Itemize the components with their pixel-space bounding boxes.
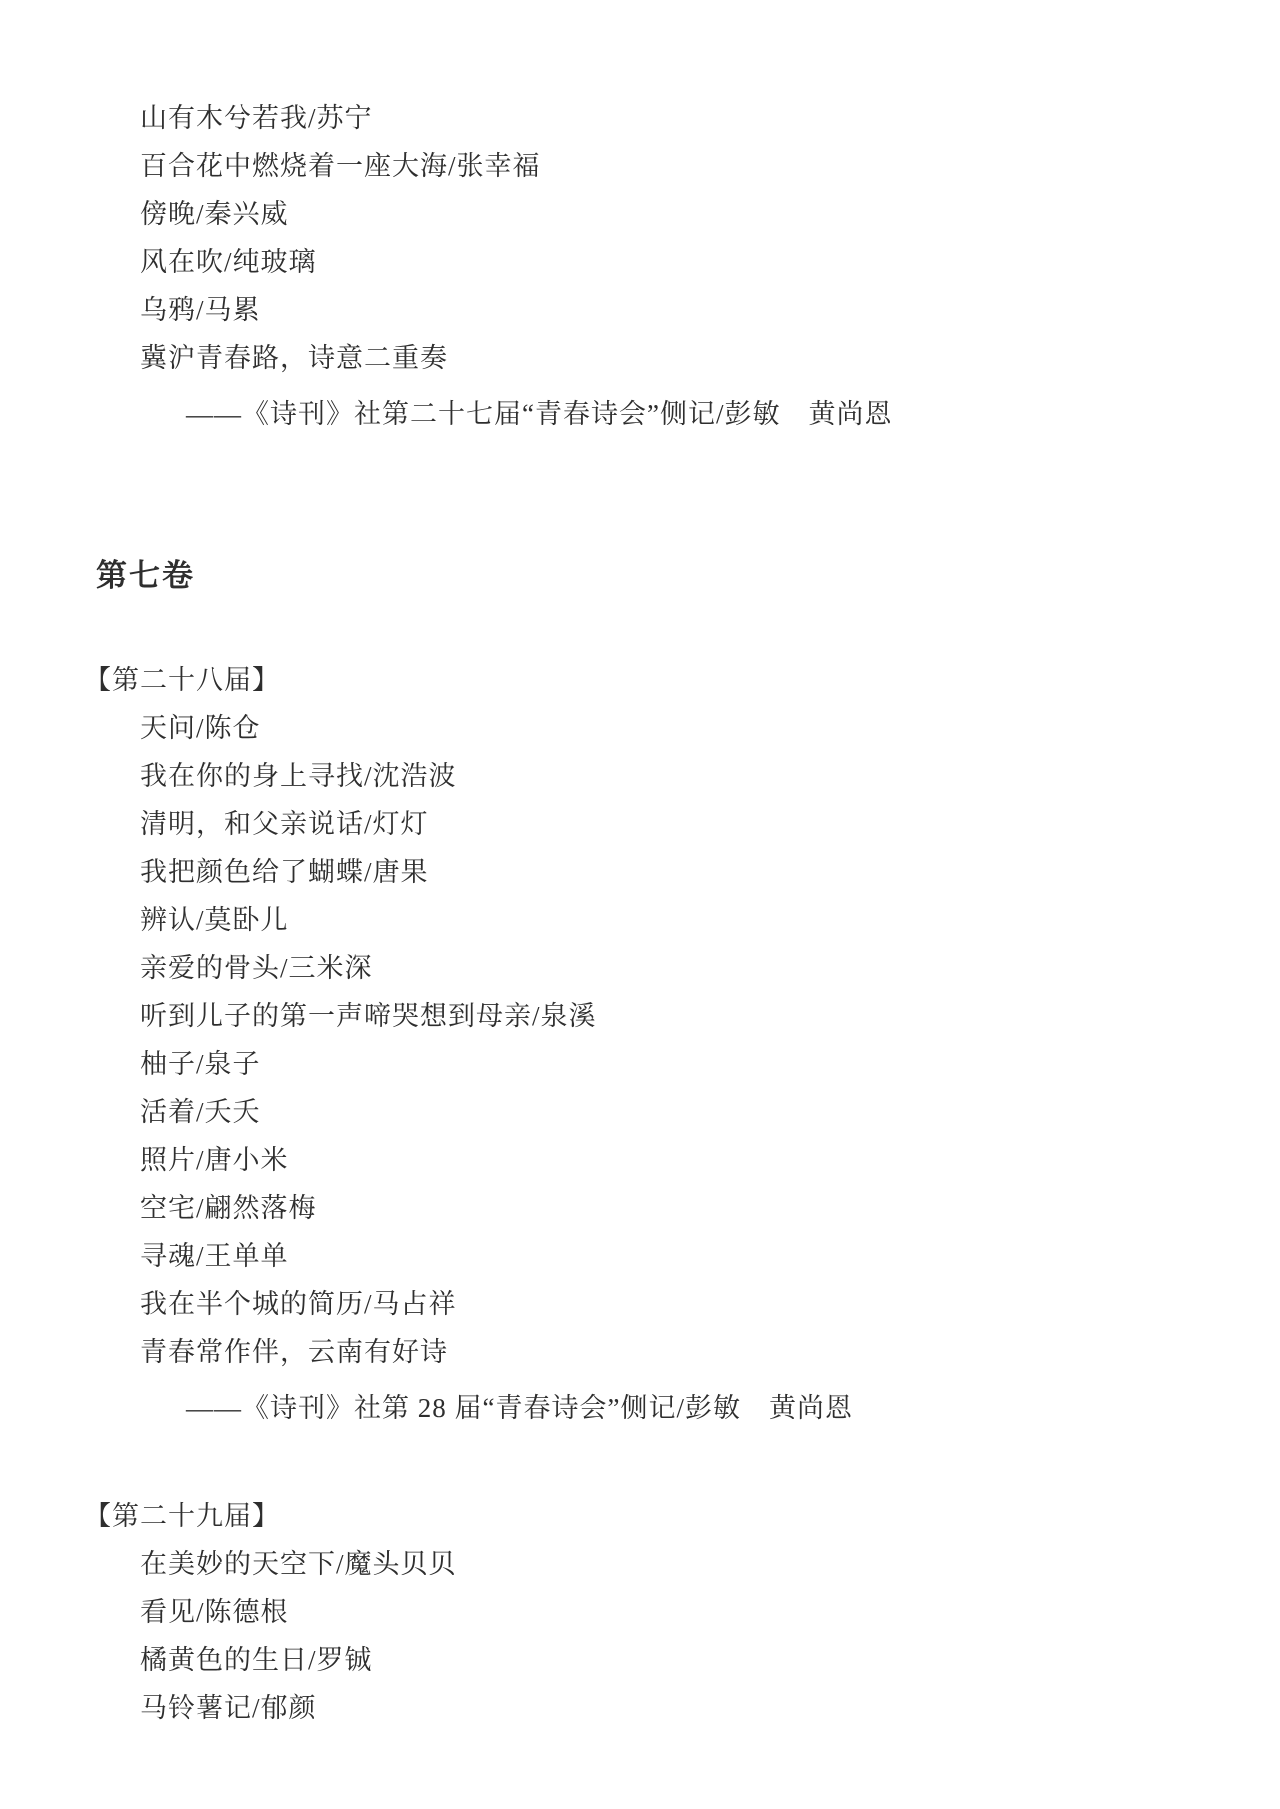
- toc-entry: 空宅/翩然落梅: [140, 1184, 1280, 1232]
- intro-entries-block: 山有木兮若我/苏宁 百合花中燃烧着一座大海/张幸福 傍晚/秦兴威 风在吹/纯玻璃…: [0, 94, 1280, 438]
- toc-entry: 看见/陈德根: [140, 1588, 1280, 1636]
- toc-entry: 风在吹/纯玻璃: [140, 238, 1280, 286]
- toc-sidenote: ——《诗刊》社第 28 届“青春诗会”侧记/彭敏 黄尚恩: [186, 1384, 1280, 1432]
- toc-entry: 乌鸦/马累: [140, 286, 1280, 334]
- section-29: 【第二十九届】 在美妙的天空下/魔头贝贝 看见/陈德根 橘黄色的生日/罗铖 马铃…: [0, 1492, 1280, 1732]
- toc-entry: 马铃薯记/郁颜: [140, 1684, 1280, 1732]
- toc-entry: 青春常作伴，云南有好诗: [140, 1328, 1280, 1376]
- toc-entry: 柚子/泉子: [140, 1040, 1280, 1088]
- toc-entry: 傍晚/秦兴威: [140, 190, 1280, 238]
- section-entries: 在美妙的天空下/魔头贝贝 看见/陈德根 橘黄色的生日/罗铖 马铃薯记/郁颜: [0, 1540, 1280, 1732]
- toc-sidenote: ——《诗刊》社第二十七届“青春诗会”侧记/彭敏 黄尚恩: [186, 390, 1280, 438]
- toc-entry: 听到儿子的第一声啼哭想到母亲/泉溪: [140, 992, 1280, 1040]
- toc-entry: 在美妙的天空下/魔头贝贝: [140, 1540, 1280, 1588]
- toc-entry: 寻魂/王单单: [140, 1232, 1280, 1280]
- toc-entry: 辨认/莫卧儿: [140, 896, 1280, 944]
- section-28: 【第二十八届】 天问/陈仓 我在你的身上寻找/沈浩波 清明，和父亲说话/灯灯 我…: [0, 656, 1280, 1432]
- toc-entry: 活着/夭夭: [140, 1088, 1280, 1136]
- toc-page: 山有木兮若我/苏宁 百合花中燃烧着一座大海/张幸福 傍晚/秦兴威 风在吹/纯玻璃…: [0, 0, 1280, 1809]
- toc-entry: 天问/陈仓: [140, 704, 1280, 752]
- toc-entry: 我在半个城的简历/马占祥: [140, 1280, 1280, 1328]
- toc-content: 山有木兮若我/苏宁 百合花中燃烧着一座大海/张幸福 傍晚/秦兴威 风在吹/纯玻璃…: [0, 0, 1280, 1732]
- toc-entry: 亲爱的骨头/三米深: [140, 944, 1280, 992]
- toc-entry: 照片/唐小米: [140, 1136, 1280, 1184]
- toc-entry: 橘黄色的生日/罗铖: [140, 1636, 1280, 1684]
- toc-entry: 清明，和父亲说话/灯灯: [140, 800, 1280, 848]
- section-heading: 【第二十八届】: [84, 656, 1280, 704]
- section-entries: 天问/陈仓 我在你的身上寻找/沈浩波 清明，和父亲说话/灯灯 我把颜色给了蝴蝶/…: [0, 704, 1280, 1376]
- toc-entry: 百合花中燃烧着一座大海/张幸福: [140, 142, 1280, 190]
- toc-entry: 我在你的身上寻找/沈浩波: [140, 752, 1280, 800]
- section-heading: 【第二十九届】: [84, 1492, 1280, 1540]
- toc-entry: 山有木兮若我/苏宁: [140, 94, 1280, 142]
- volume-title: 第七卷: [96, 554, 1280, 598]
- toc-entry: 我把颜色给了蝴蝶/唐果: [140, 848, 1280, 896]
- toc-entry: 冀沪青春路，诗意二重奏: [140, 334, 1280, 382]
